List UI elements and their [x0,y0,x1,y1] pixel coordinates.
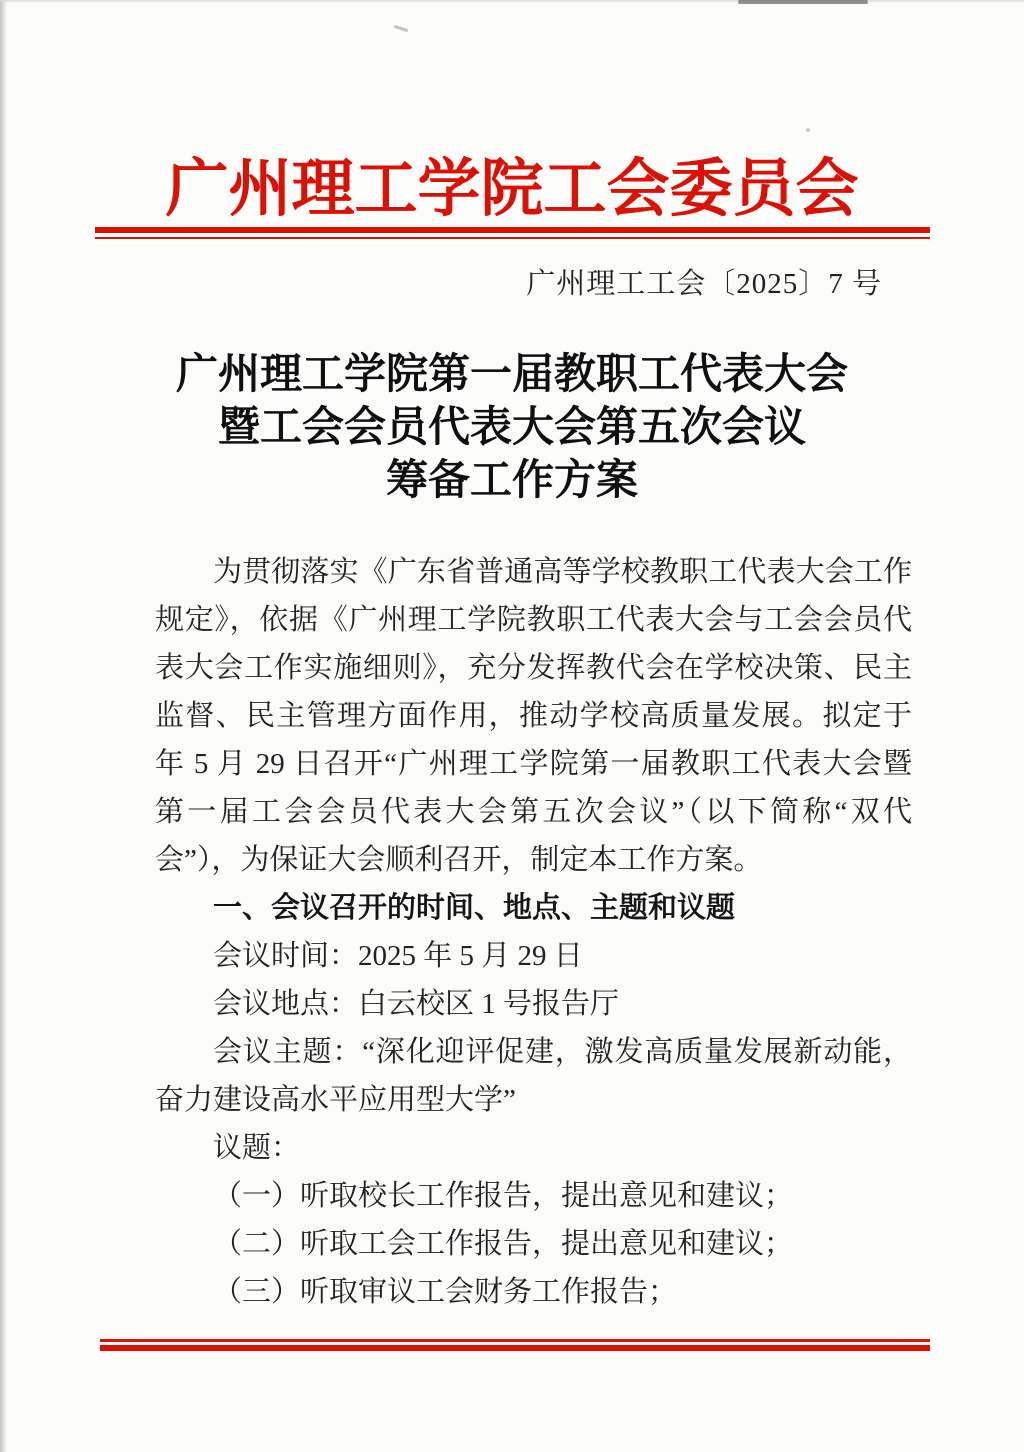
meeting-time-line: 会议时间：2025 年 5 月 29 日 [155,932,912,980]
document-title-line: 暨工会会员代表大会第五次会议 [0,402,1024,455]
section-heading: 一、会议召开的时间、地点、主题和议题 [155,884,912,932]
body-line: 监督、民主管理方面作用，推动学校高质量发展。拟定于 2025 [155,692,912,740]
meeting-theme-line: 奋力建设高水平应用型大学” [155,1076,912,1124]
body-line: 表大会工作实施细则》，充分发挥教代会在学校决策、民主 [155,644,912,692]
agenda-label-line: 议题： [155,1124,912,1172]
scan-smudge [738,0,868,4]
document-title-line: 筹备工作方案 [0,455,1024,508]
document-body: 为贯彻落实《广东省普通高等学校教职工代表大会工作 规定》，依据《广州理工学院教职… [155,548,912,1316]
document-title-line: 广州理工学院第一届教职工代表大会 [0,349,1024,402]
body-line: 规定》，依据《广州理工学院教职工代表大会与工会会员代 [155,596,912,644]
letterhead-divider [95,227,930,239]
body-line: 年 5 月 29 日召开“广州理工学院第一届教职工代表大会暨 [155,740,912,788]
document-title: 广州理工学院第一届教职工代表大会 暨工会会员代表大会第五次会议 筹备工作方案 [0,349,1024,508]
document-number: 广州理工工会〔2025〕7 号 [526,261,882,302]
scan-edge-top [0,0,1024,3]
agenda-item-line: （三）听取审议工会财务工作报告； [155,1268,912,1316]
body-line: 为贯彻落实《广东省普通高等学校教职工代表大会工作 [155,548,912,596]
agenda-item-line: （一）听取校长工作报告，提出意见和建议； [155,1172,912,1220]
footer-divider [100,1339,930,1351]
body-line: 第一届工会会员代表大会第五次会议”（以下简称“双代 [155,788,912,836]
letterhead-org-title: 广州理工学院工会委员会 [0,138,1024,229]
agenda-item-line: （二）听取工会工作报告，提出意见和建议； [155,1220,912,1268]
scan-speck [394,25,408,32]
scan-speck [806,128,810,132]
scanned-document-page: 广州理工学院工会委员会 广州理工工会〔2025〕7 号 广州理工学院第一届教职工… [0,0,1024,1452]
meeting-theme-line: 会议主题：“深化迎评促建，激发高质量发展新动能， [155,1028,912,1076]
divider-thick-line [100,1345,930,1351]
divider-thin-line [95,237,930,239]
body-line: 会”），为保证大会顺利召开，制定本工作方案。 [155,836,912,884]
meeting-location-line: 会议地点：白云校区 1 号报告厅 [155,980,912,1028]
